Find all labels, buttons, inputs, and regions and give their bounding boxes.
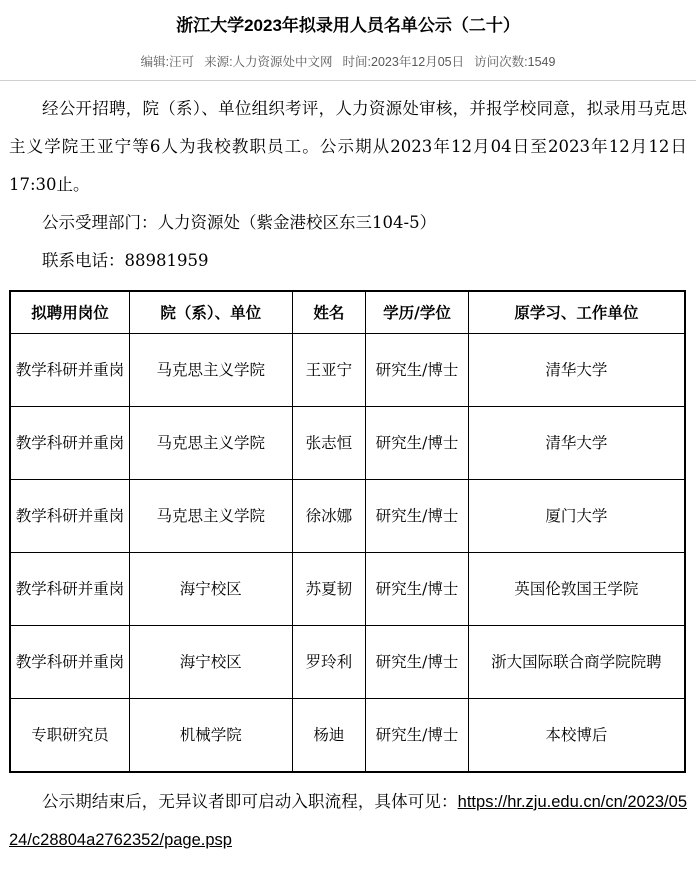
page-title: 浙江大学2023年拟录用人员名单公示（二十） xyxy=(9,0,687,36)
table-row: 教学科研并重岗 马克思主义学院 张志恒 研究生/博士 清华大学 xyxy=(10,407,685,480)
cell-degree: 研究生/博士 xyxy=(366,553,469,626)
header-origin: 原学习、工作单位 xyxy=(468,291,685,334)
cell-origin: 厦门大学 xyxy=(468,480,685,553)
cell-position: 教学科研并重岗 xyxy=(10,553,129,626)
cell-position: 教学科研并重岗 xyxy=(10,626,129,699)
cell-department: 马克思主义学院 xyxy=(129,480,292,553)
cell-department: 机械学院 xyxy=(129,699,292,773)
footer-text: 公示期结束后，无异议者即可启动入职流程，具体可见： xyxy=(42,792,458,811)
cell-name: 张志恒 xyxy=(292,407,366,480)
table-row: 教学科研并重岗 马克思主义学院 王亚宁 研究生/博士 清华大学 xyxy=(10,334,685,407)
cell-degree: 研究生/博士 xyxy=(366,334,469,407)
header-divider xyxy=(0,80,696,81)
cell-name: 苏夏韧 xyxy=(292,553,366,626)
table-row: 教学科研并重岗 海宁校区 罗玲利 研究生/博士 浙大国际联合商学院院聘 xyxy=(10,626,685,699)
cell-position: 教学科研并重岗 xyxy=(10,334,129,407)
phone-line: 联系电话：88981959 xyxy=(9,242,687,280)
cell-degree: 研究生/博士 xyxy=(366,699,469,773)
cell-origin: 英国伦敦国王学院 xyxy=(468,553,685,626)
cell-department: 海宁校区 xyxy=(129,626,292,699)
header-degree: 学历/学位 xyxy=(366,291,469,334)
cell-position: 专职研究员 xyxy=(10,699,129,773)
cell-origin: 浙大国际联合商学院院聘 xyxy=(468,626,685,699)
cell-department: 海宁校区 xyxy=(129,553,292,626)
announcement-page: 浙江大学2023年拟录用人员名单公示（二十） 编辑:汪可来源:人力资源处中文网时… xyxy=(0,0,696,859)
department-line: 公示受理部门：人力资源处（紫金港校区东三104-5） xyxy=(9,204,687,242)
cell-department: 马克思主义学院 xyxy=(129,407,292,480)
table-header-row: 拟聘用岗位 院（系）、单位 姓名 学历/学位 原学习、工作单位 xyxy=(10,291,685,334)
cell-degree: 研究生/博士 xyxy=(366,407,469,480)
cell-degree: 研究生/博士 xyxy=(366,626,469,699)
header-position: 拟聘用岗位 xyxy=(10,291,129,334)
footer-paragraph: 公示期结束后，无异议者即可启动入职流程，具体可见：https://hr.zju.… xyxy=(9,783,687,859)
header-department: 院（系）、单位 xyxy=(129,291,292,334)
table-row: 专职研究员 机械学院 杨迪 研究生/博士 本校博后 xyxy=(10,699,685,773)
article-meta: 编辑:汪可来源:人力资源处中文网时间:2023年12月05日访问次数:1549 xyxy=(9,52,687,70)
cell-degree: 研究生/博士 xyxy=(366,480,469,553)
meta-editor: 编辑:汪可 xyxy=(141,55,194,69)
table-row: 教学科研并重岗 马克思主义学院 徐冰娜 研究生/博士 厦门大学 xyxy=(10,480,685,553)
meta-time: 时间:2023年12月05日 xyxy=(343,55,465,69)
cell-name: 王亚宁 xyxy=(292,334,366,407)
hiring-roster-table: 拟聘用岗位 院（系）、单位 姓名 学历/学位 原学习、工作单位 教学科研并重岗 … xyxy=(9,290,686,773)
intro-paragraph: 经公开招聘，院（系）、单位组织考评，人力资源处审核，并报学校同意，拟录用马克思主… xyxy=(9,90,687,204)
cell-position: 教学科研并重岗 xyxy=(10,407,129,480)
cell-origin: 清华大学 xyxy=(468,407,685,480)
cell-name: 徐冰娜 xyxy=(292,480,366,553)
cell-origin: 清华大学 xyxy=(468,334,685,407)
cell-department: 马克思主义学院 xyxy=(129,334,292,407)
cell-position: 教学科研并重岗 xyxy=(10,480,129,553)
table-row: 教学科研并重岗 海宁校区 苏夏韧 研究生/博士 英国伦敦国王学院 xyxy=(10,553,685,626)
meta-visits: 访问次数:1549 xyxy=(474,55,555,69)
header-name: 姓名 xyxy=(292,291,366,334)
cell-origin: 本校博后 xyxy=(468,699,685,773)
cell-name: 杨迪 xyxy=(292,699,366,773)
cell-name: 罗玲利 xyxy=(292,626,366,699)
meta-source: 来源:人力资源处中文网 xyxy=(204,55,332,69)
